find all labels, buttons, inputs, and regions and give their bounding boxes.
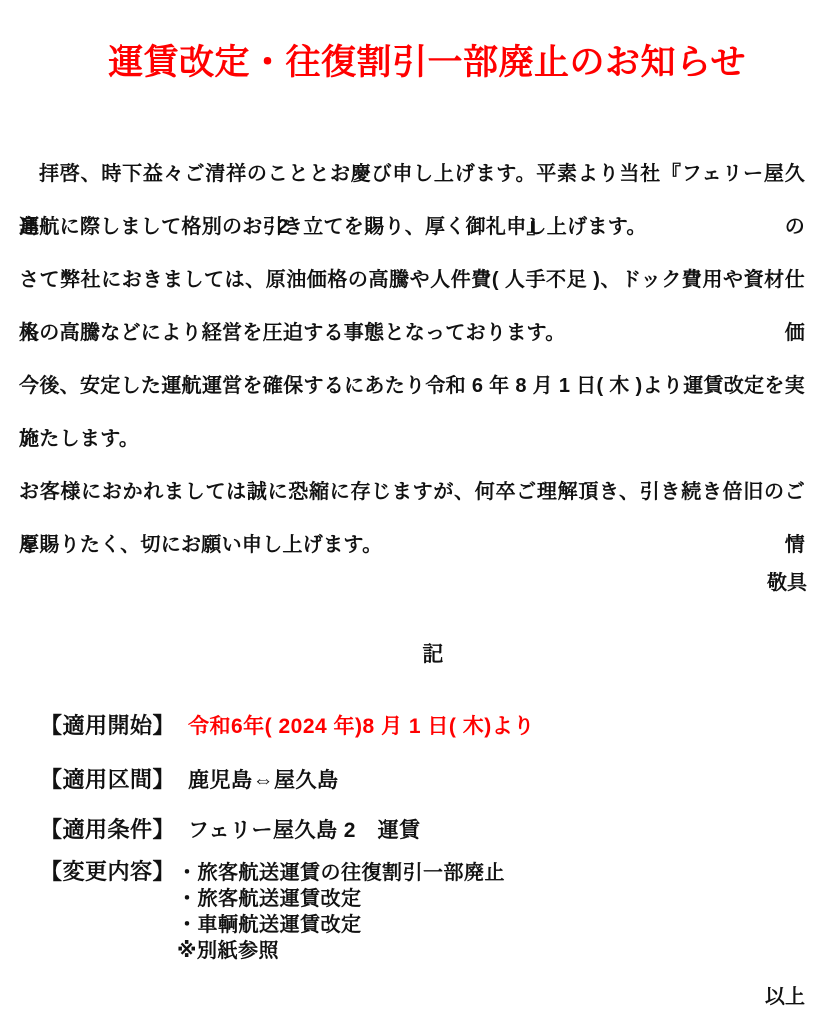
end-marker: 以上: [765, 984, 805, 1010]
item-value-application-section: 鹿児島⇔屋久島: [188, 767, 339, 795]
item-label: 【変更内容】: [40, 858, 188, 886]
change-detail-line: ・旅客航送運賃改定: [177, 886, 505, 912]
list-item-application-section: 【適用区間】 鹿児島⇔屋久島: [40, 766, 339, 795]
body-line: 今後、安定した運航運営を確保するにあたり令和 6 年 8 月 1 日( 木 )よ…: [19, 360, 805, 413]
body-line: 拝啓、時下益々ご清祥のこととお慶び申し上げます。平素より当社『フェリー屋久島2』…: [19, 148, 805, 201]
item-label: 【適用区間】: [40, 766, 188, 794]
list-item-change-details: 【変更内容】 ・旅客航送運賃の往復割引一部廃止 ・旅客航送運賃改定 ・車輌航送運…: [40, 858, 505, 964]
item-value-application-condition: フェリー屋久島 2 運賃: [188, 817, 420, 845]
item-label: 【適用開始】: [40, 712, 188, 740]
list-item-application-start: 【適用開始】 令和6年( 2024 年)8 月 1 日( 木)より: [40, 712, 535, 741]
closing-salutation: 敬具: [767, 570, 807, 596]
item-value-application-start: 令和6年( 2024 年)8 月 1 日( 木)より: [188, 713, 535, 741]
notice-document-page: 運賃改定・往復割引一部廃止のお知らせ 拝啓、時下益々ご清祥のこととお慶び申し上げ…: [0, 0, 826, 1024]
body-line: お客様におかれましては誠に恐縮に存じますが、何卒ご理解頂き、引き続き倍旧のご厚情: [19, 466, 805, 519]
letter-body: 拝啓、時下益々ご清祥のこととお慶び申し上げます。平素より当社『フェリー屋久島2』…: [19, 148, 805, 572]
item-value-change-details: ・旅客航送運賃の往復割引一部廃止 ・旅客航送運賃改定 ・車輌航送運賃改定 ※別紙…: [177, 860, 505, 964]
change-detail-line: ※別紙参照: [177, 938, 505, 964]
change-detail-line: ・車輌航送運賃改定: [177, 912, 505, 938]
change-detail-line: ・旅客航送運賃の往復割引一部廃止: [177, 860, 505, 886]
record-marker: 記: [0, 642, 826, 668]
page-title: 運賃改定・往復割引一部廃止のお知らせ: [0, 40, 826, 86]
item-label: 【適用条件】: [40, 816, 188, 844]
list-item-application-condition: 【適用条件】 フェリー屋久島 2 運賃: [40, 816, 420, 845]
body-line: さて弊社におきましては、原油価格の高騰や人件費( 人手不足 )、ドック費用や資材…: [19, 254, 805, 307]
body-line: いたします。: [19, 413, 805, 466]
